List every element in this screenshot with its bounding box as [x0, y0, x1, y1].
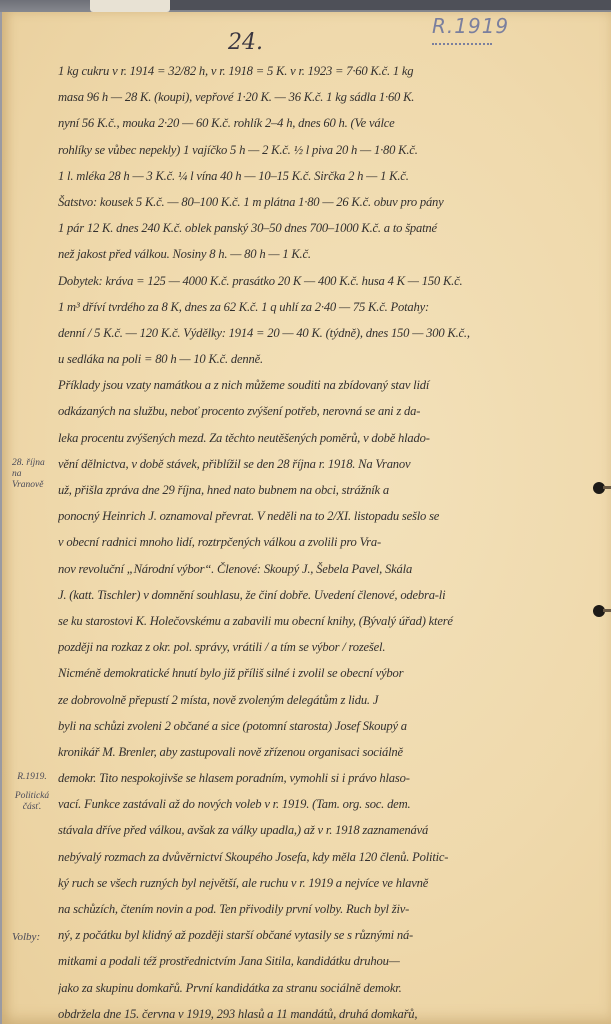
text-line: stávala dříve před válkou, avšak za válk…	[58, 817, 588, 843]
text-line: Nicméně demokratické hnutí bylo již příl…	[58, 660, 588, 686]
text-line: ný, z počátku byl klidný až později star…	[58, 922, 588, 948]
text-line: ponocný Heinrich J. oznamoval převrat. V…	[58, 503, 588, 529]
year-underline	[432, 43, 492, 45]
margin-note-line: Politická	[12, 791, 52, 802]
text-line: leka procentu zvýšených mezd. Za těchto …	[58, 425, 588, 451]
text-line: denní / 5 K.č. — 120 K.č. Výdělky: 1914 …	[58, 320, 588, 346]
page-tab	[90, 0, 170, 12]
text-line: masa 96 h — 28 K. (koupi), vepřové 1·20 …	[58, 84, 588, 110]
handwritten-text-body: 1 kg cukru v r. 1914 = 32/82 h, v r. 191…	[58, 58, 588, 1024]
text-line: kronikář M. Brenler, aby zastupovali nov…	[58, 739, 588, 765]
year-mark: R.1919	[432, 14, 509, 38]
text-line: odkázaných na službu, neboť procento zvý…	[58, 398, 588, 424]
margin-note-political: R.1919. Politická čásť.	[12, 772, 52, 813]
text-line: Příklady jsou vzaty namátkou a z nich mů…	[58, 372, 588, 398]
margin-note-october-28: 28. října na Vranově	[12, 458, 52, 491]
punch-hole-upper	[593, 482, 605, 494]
text-line: už, přišla zpráva dne 29 října, hned nat…	[58, 477, 588, 503]
text-line: 1 pár 12 K. dnes 240 K.č. oblek panský 3…	[58, 215, 588, 241]
text-line: 1 m³ dříví tvrdého za 8 K, dnes za 62 K.…	[58, 294, 588, 320]
text-line: později na rozkaz z okr. pol. správy, vr…	[58, 634, 588, 660]
text-line: na schůzích, čtením novin a pod. Ten při…	[58, 896, 588, 922]
margin-note-line: 28. října	[12, 458, 52, 469]
text-line: u sedláka na poli = 80 h — 10 K.č. denně…	[58, 346, 588, 372]
text-line: 1 l. mléka 28 h — 3 K.č. ¼ l vína 40 h —…	[58, 163, 588, 189]
text-line: nebývalý rozmach za dvůvěrnictví Skoupéh…	[58, 844, 588, 870]
text-line: ký ruch se všech ruzných byl největší, a…	[58, 870, 588, 896]
text-line: Šatstvo: kousek 5 K.č. — 80–100 K.č. 1 m…	[58, 189, 588, 215]
text-line: nov revoluční „Národní výbor“. Členové: …	[58, 556, 588, 582]
text-line: vění dělnictva, v době stávek, přiblížil…	[58, 451, 588, 477]
text-line: demokr. Tito nespokojivše se hlasem pora…	[58, 765, 588, 791]
text-line: obdržela dne 15. června v 1919, 293 hlas…	[58, 1001, 588, 1024]
margin-note-elections: Volby:	[12, 932, 40, 943]
text-line: vací. Funkce zastávali až do nových vole…	[58, 791, 588, 817]
text-line: mitkami a podali též prostřednictvím Jan…	[58, 948, 588, 974]
text-line: nyní 56 K.č., mouka 2·20 — 60 K.č. rohlí…	[58, 110, 588, 136]
text-line: jako za skupinu domkařů. První kandidátk…	[58, 975, 588, 1001]
text-line: v obecní radnici mnoho lidí, roztrpčenýc…	[58, 529, 588, 555]
text-line: se ku starostovi K. Holečovskému a zabav…	[58, 608, 588, 634]
text-line: byli na schůzi zvoleni 2 občané a sice (…	[58, 713, 588, 739]
text-line: 1 kg cukru v r. 1914 = 32/82 h, v r. 191…	[58, 58, 588, 84]
margin-note-line: na	[12, 469, 52, 480]
text-line: Dobytek: kráva = 125 — 4000 K.č. prasátk…	[58, 268, 588, 294]
margin-note-line: Vranově	[12, 480, 52, 491]
text-line: J. (katt. Tischler) v domnění souhlasu, …	[58, 582, 588, 608]
margin-note-line: R.1919.	[12, 772, 52, 783]
punch-hole-lower	[593, 605, 605, 617]
page-number: 24.	[228, 30, 263, 55]
text-line: ze dobrovolně přepustí 2 místa, nově zvo…	[58, 687, 588, 713]
text-line: rohlíky se vůbec nepekly) 1 vajíčko 5 h …	[58, 137, 588, 163]
scanner-edge	[170, 0, 611, 10]
margin-note-line: čásť.	[12, 802, 52, 813]
text-line: než jakost před válkou. Nosiny 8 h. — 80…	[58, 241, 588, 267]
